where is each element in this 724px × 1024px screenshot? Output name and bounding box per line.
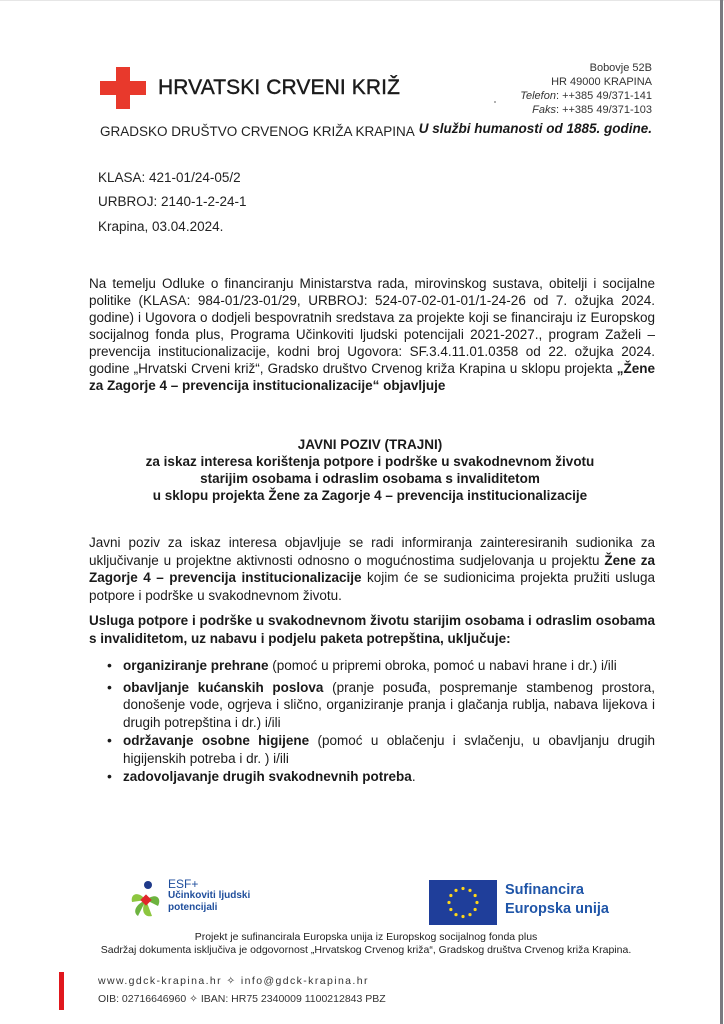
services-list: organiziranje prehrane (pomoć u pripremi… xyxy=(107,657,655,786)
footer-bank-info: OIB: 02716646960 ✧ IBAN: HR75 2340009 11… xyxy=(98,993,386,1005)
eu-flag-icon xyxy=(429,880,497,925)
phone-label: Telefon xyxy=(520,90,556,102)
esf-pinwheel-logo-icon xyxy=(128,880,164,920)
organization-name: HRVATSKI CRVENI KRIŽ xyxy=(158,76,400,100)
funding-note-line-1: Projekt je sufinancirala Europska unija … xyxy=(60,931,672,944)
phone-line: Telefon: ++385 49/371-141 xyxy=(520,89,652,103)
service-title: organiziranje prehrane xyxy=(123,658,269,673)
title-line-4: u sklopu projekta Žene za Zagorje 4 – pr… xyxy=(110,487,630,504)
list-item: obavljanje kućanskih poslova (pranje pos… xyxy=(107,679,655,732)
footer-contacts: www.gdck-krapina.hr ✧ info@gdck-krapina.… xyxy=(98,975,369,987)
title-line-2: za iskaz interesa korištenja potpore i p… xyxy=(110,453,630,470)
organization-subtitle: GRADSKO DRUŠTVO CRVENOG KRIŽA KRAPINA xyxy=(100,124,415,139)
separator-icon: ✧ xyxy=(226,975,236,987)
contact-block: Bobovje 52B HR 49000 KRAPINA Telefon: ++… xyxy=(520,61,652,117)
address-line-2: HR 49000 KRAPINA xyxy=(520,75,652,89)
services-intro: Usluga potpore i podrške u svakodnevnom … xyxy=(89,612,655,647)
title-line-3: starijim osobama i odraslim osobama s in… xyxy=(110,470,630,487)
urbroj-reference: URBROJ: 2140-1-2-24-1 xyxy=(98,194,247,209)
eu-line-2: Europska unija xyxy=(505,900,609,919)
esf-program-line-1: Učinkoviti ljudski xyxy=(168,890,250,902)
purpose-text: Javni poziv za iskaz interesa objavljuje… xyxy=(89,535,655,568)
preamble-tail: objavljuje xyxy=(379,378,445,393)
place-date: Krapina, 03.04.2024. xyxy=(98,219,223,234)
fax-number: ++385 49/371-103 xyxy=(562,104,652,116)
list-item: zadovoljavanje drugih svakodnevnih potre… xyxy=(107,768,655,786)
list-item: organiziranje prehrane (pomoć u pripremi… xyxy=(107,657,655,675)
call-title: JAVNI POZIV (TRAJNI) za iskaz interesa k… xyxy=(110,436,630,504)
klasa-reference: KLASA: 421-01/24-05/2 xyxy=(98,170,241,185)
footer-red-bar xyxy=(59,972,64,1010)
motto: U službi humanosti od 1885. godine. xyxy=(419,121,652,136)
title-line-1: JAVNI POZIV (TRAJNI) xyxy=(110,436,630,453)
funding-note: Projekt je sufinancirala Europska unija … xyxy=(60,931,672,957)
fax-line: Faks: ++385 49/371-103 xyxy=(520,103,652,117)
esf-text-block: ESF+ Učinkoviti ljudski potencijali xyxy=(168,878,250,914)
purpose-paragraph: Javni poziv za iskaz interesa objavljuje… xyxy=(89,534,655,604)
service-desc: (pomoć u pripremi obroka, pomoć u nabavi… xyxy=(269,658,617,673)
esf-label: ESF+ xyxy=(168,878,250,890)
eu-line-1: Sufinancira xyxy=(505,881,609,900)
preamble-paragraph: Na temelju Odluke o financiranju Minista… xyxy=(89,275,655,394)
fax-label: Faks xyxy=(532,104,556,116)
scan-speck xyxy=(494,101,496,103)
service-title: održavanje osobne higijene xyxy=(123,733,309,748)
iban-number: IBAN: HR75 2340009 1100212843 PBZ xyxy=(201,993,386,1005)
phone-number: ++385 49/371-141 xyxy=(562,90,652,102)
eu-cofinancing-text: Sufinancira Europska unija xyxy=(505,881,609,919)
email-link[interactable]: info@gdck-krapina.hr xyxy=(241,975,369,987)
red-cross-logo-icon xyxy=(100,67,146,109)
service-title: obavljanje kućanskih poslova xyxy=(123,680,323,695)
oib-number: OIB: 02716646960 xyxy=(98,993,186,1005)
page-top-edge xyxy=(0,0,724,1)
service-title: zadovoljavanje drugih svakodnevnih potre… xyxy=(123,769,412,784)
preamble-text: Na temelju Odluke o financiranju Minista… xyxy=(89,276,655,376)
list-item: održavanje osobne higijene (pomoć u obla… xyxy=(107,732,655,767)
esf-program-line-2: potencijali xyxy=(168,902,250,914)
service-desc: . xyxy=(412,769,416,784)
cross-vertical-bar xyxy=(116,67,130,109)
page-right-edge xyxy=(720,0,723,1024)
separator-icon: ✧ xyxy=(189,993,198,1005)
website-link[interactable]: www.gdck-krapina.hr xyxy=(98,975,222,987)
funding-note-line-2: Sadržaj dokumenta isključiva je odgovorn… xyxy=(60,944,672,957)
address-line-1: Bobovje 52B xyxy=(520,61,652,75)
